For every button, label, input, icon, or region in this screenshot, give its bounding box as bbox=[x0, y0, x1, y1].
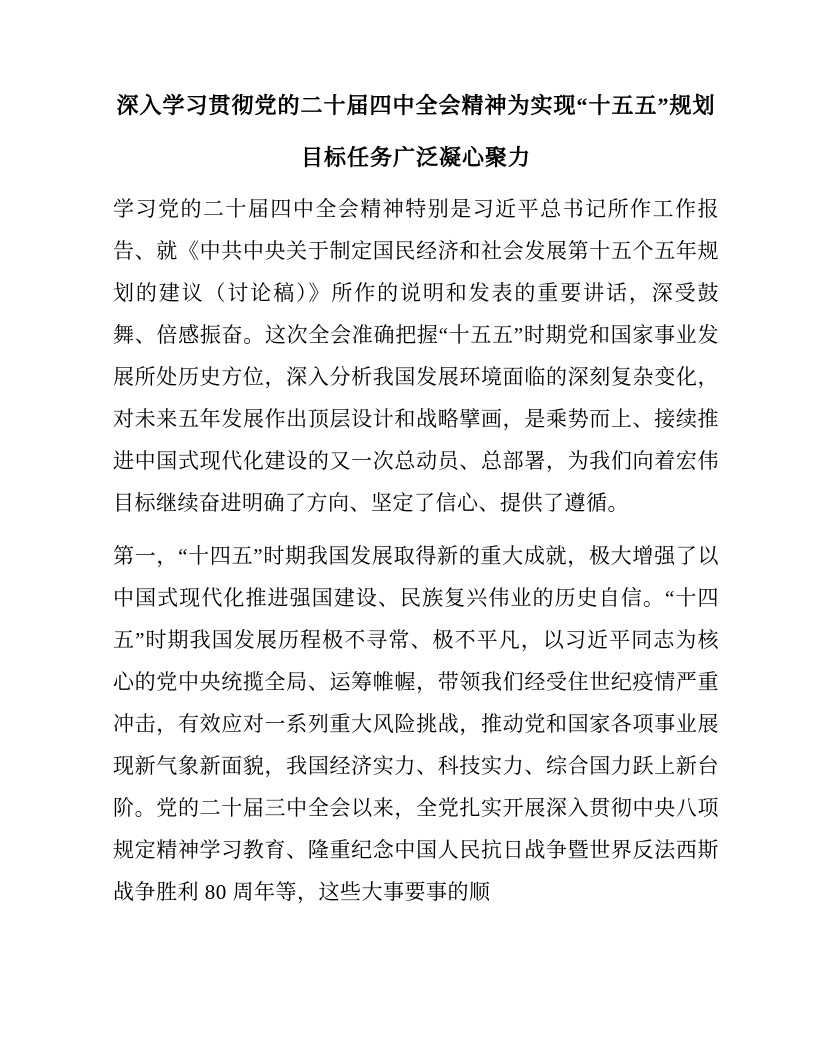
document-title: 深入学习贯彻党的二十届四中全会精神为实现“十五五”规划目标任务广泛凝心聚力 bbox=[113, 80, 719, 184]
paragraph-1: 学习党的二十届四中全会精神特别是习近平总书记所作工作报告、就《中共中央关于制定国… bbox=[113, 188, 719, 524]
paragraph-2: 第一，“十四五”时期我国发展取得新的重大成就，极大增强了以中国式现代化推进强国建… bbox=[113, 535, 719, 913]
document-content: 深入学习贯彻党的二十届四中全会精神为实现“十五五”规划目标任务广泛凝心聚力 学习… bbox=[113, 80, 719, 913]
document-page: 深入学习贯彻党的二十届四中全会精神为实现“十五五”规划目标任务广泛凝心聚力 学习… bbox=[0, 0, 816, 1056]
